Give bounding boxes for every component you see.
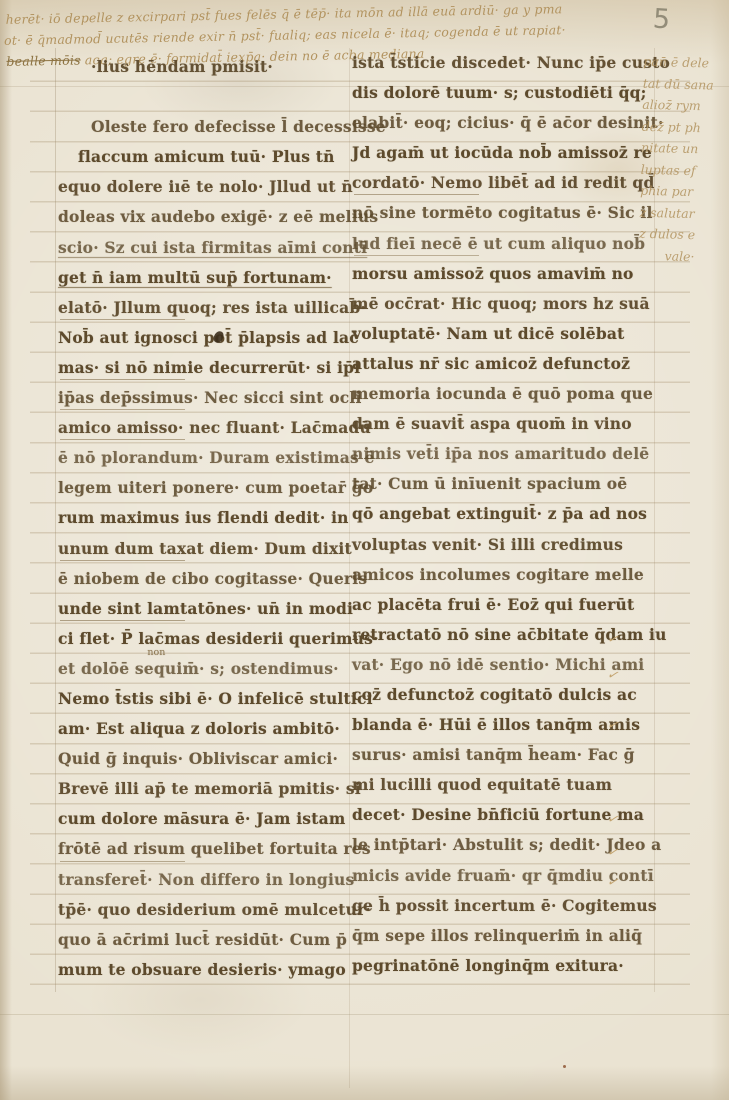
right-marginalia-line: dez̄ pt ph xyxy=(642,115,729,139)
text-line xyxy=(58,82,356,112)
text-line: amicos incolumes cogitare melle xyxy=(352,560,650,590)
text-line: Jd agam̄ ut iocūda nob̄ amissoz̄ re xyxy=(352,138,650,168)
text-line: scio· Sz cui ista firmitas aīmi contī xyxy=(58,233,356,263)
text-line: dam ē suavit̄ aspa quom̄ in vino xyxy=(352,409,650,439)
text-line: tat· Cum ū inīuenit spacium oē xyxy=(352,469,650,499)
left-text-column: ·lius hēndam pmisit· Oleste fero defecis… xyxy=(58,52,356,985)
text-line: surus· amisi tanq̄m h̄eam· Fac ḡ xyxy=(352,740,650,770)
text-line: nō sine tormēto cogitatus ē· Sic il xyxy=(352,198,650,228)
text-line: ci flet· P̄ lac̄mas desiderii querimus· xyxy=(58,624,356,654)
text-line: ·lius hēndam pmisit· xyxy=(58,52,356,82)
text-line: dis dolorē tuum· s; custodiēti q̄q; xyxy=(352,78,650,108)
ink-speck xyxy=(563,1065,566,1068)
right-marginalia-line: vale· xyxy=(638,244,729,268)
right-marginalia-line: z salutar xyxy=(639,201,729,225)
text-line: am· Est aliqua z doloris ambitō· xyxy=(58,714,356,744)
text-line: tp̄ē· quo desiderium omē mulcetur· xyxy=(58,895,356,925)
text-line: elatō· Jllum quoq; res ista uillicab̄· xyxy=(58,293,356,323)
text-line: Nob̄ aut ignosci pot̄ p̄lapsis ad lac̄ xyxy=(58,323,356,353)
text-line: Quid ḡ inquis· Obliviscar amici· xyxy=(58,744,356,774)
text-line: voluptatē· Nam ut dicē solēbat xyxy=(352,319,650,349)
text-line: amico amisso· nec fluant· Lac̄madū xyxy=(58,413,356,443)
text-line: pegrinatōnē longinq̄m exitura· xyxy=(352,951,650,981)
text-line: Brevē illi ap̄ te memoriā pmitis· si xyxy=(58,774,356,804)
text-line: ip̄as dep̄ssimus· Nec sicci sint ocli xyxy=(58,383,356,413)
text-line: legem uiteri ponere· cum poetar̄ ḡo xyxy=(58,473,356,503)
text-line: Nemo t̄stis sibi ē· O infelicē stultici xyxy=(58,684,356,714)
ruling-line-vertical-left xyxy=(55,48,56,992)
right-marginalia-line: alioz̄ rym xyxy=(642,94,729,118)
text-line: unde sint lamtatōnes· un̄ in modi xyxy=(58,594,356,624)
manuscript-page: herēt· iō depelle z excirpari pst̄ fues … xyxy=(0,0,729,1100)
text-line: Oleste fero defecisse l̄ decessisse xyxy=(58,112,356,142)
text-line: rum maximus ius flendi dedit· in xyxy=(58,503,356,533)
text-line: frōtē ad risum quelibet fortuita res xyxy=(58,834,356,864)
text-line: mas· si nō nimie decurrerūt· si ip̄i xyxy=(58,353,356,383)
text-line: cum dolore māsura ē· Jam istam xyxy=(58,804,356,834)
text-line: mi lucilli quod equitatē tuam xyxy=(352,770,650,800)
right-marginalia-line: pan̄ ē dele xyxy=(643,51,729,75)
text-line: ac placēta frui ē· Eoz̄ qui fuerūt xyxy=(352,590,650,620)
folio-number: 5 xyxy=(652,3,671,35)
text-line: ge h̄ possit incertum ē· Cogitemus xyxy=(352,891,650,921)
text-line: cordatō· Nemo libēt̄ ad id redit qd̄ xyxy=(352,168,650,198)
text-line: ē nō plorandum· Duram existimas ē xyxy=(58,443,356,473)
text-line: unum dum taxat diem· Dum dixit xyxy=(58,534,356,564)
text-line: q̄m sepe illos relinquerim̄ in aliq̄ xyxy=(352,921,650,951)
text-line: ista t̄sticie discedet· Nunc ip̄e custo xyxy=(352,48,650,78)
text-line: get n̄ iam multū sup̄ fortunam· xyxy=(58,263,356,293)
text-line: decet· Desine bn̄ficiū fortune ma xyxy=(352,800,650,830)
text-line: lud fieī necē ē ut cum aliquo nob̄ xyxy=(352,229,650,259)
text-line: elabit̄· eoq; cicius· q̄ ē ac̄or desinit… xyxy=(352,108,650,138)
page-crease xyxy=(0,1014,729,1015)
text-line: morsu amissoz̄ quos amavim̄ no xyxy=(352,259,650,289)
text-line: nimis vet̄i ip̄a nos amaritudo delē xyxy=(352,439,650,469)
text-line: voluptas venit· Si illi credimus xyxy=(352,530,650,560)
right-marginalia-line: phia par xyxy=(640,180,729,204)
text-line: flaccum amicum tuū· Plus tn̄ xyxy=(58,142,356,172)
text-line: equo dolere iıē te nolo· Jllud ut n̄ xyxy=(58,172,356,202)
text-line: memoria iocunda ē quō poma que xyxy=(352,379,650,409)
text-line: qō angebat extinguit̄· z p̄a ad nos xyxy=(352,499,650,529)
right-marginalia-line: tat dū sana xyxy=(643,72,729,96)
text-line: vat· Ego nō idē sentio· Michi ami xyxy=(352,650,650,680)
text-line: ē niobem de cibo cogitasse· Queris xyxy=(58,564,356,594)
text-line: mē occ̄rat· Hic quoq; mors hz suā xyxy=(352,289,650,319)
text-line: transferet̄· Non differo in longius xyxy=(58,865,356,895)
text-line: attalus nr̄ sic amicoz̄ defunctoz̄ xyxy=(352,349,650,379)
text-line: coz̄ defunctoz̄ cogitatō dulcis ac xyxy=(352,680,650,710)
text-line: mum te obsuare desieris· ymago xyxy=(58,955,356,985)
text-line: quo ā ac̄rimi luct̄ residūt· Cum p̄ xyxy=(58,925,356,955)
text-line: et dolōē sequim̄· s; ostendimus·non xyxy=(58,654,356,684)
right-marginalia-line: luptas ef xyxy=(640,158,729,182)
text-line: doleas vix audebo exigē· z eē melius xyxy=(58,202,356,232)
text-line: blanda ē· Hūi ē illos tanq̄m amis xyxy=(352,710,650,740)
right-marginalia-line: z dulos e xyxy=(639,223,729,247)
right-marginalia: pan̄ ē deletat dū sanaalioz̄ rymdez̄ pt … xyxy=(638,51,729,268)
right-text-column: ista t̄sticie discedet· Nunc ip̄e custod… xyxy=(352,48,650,981)
interlinear-addition: non xyxy=(147,648,165,657)
right-marginalia-line: nitate un xyxy=(641,137,729,161)
